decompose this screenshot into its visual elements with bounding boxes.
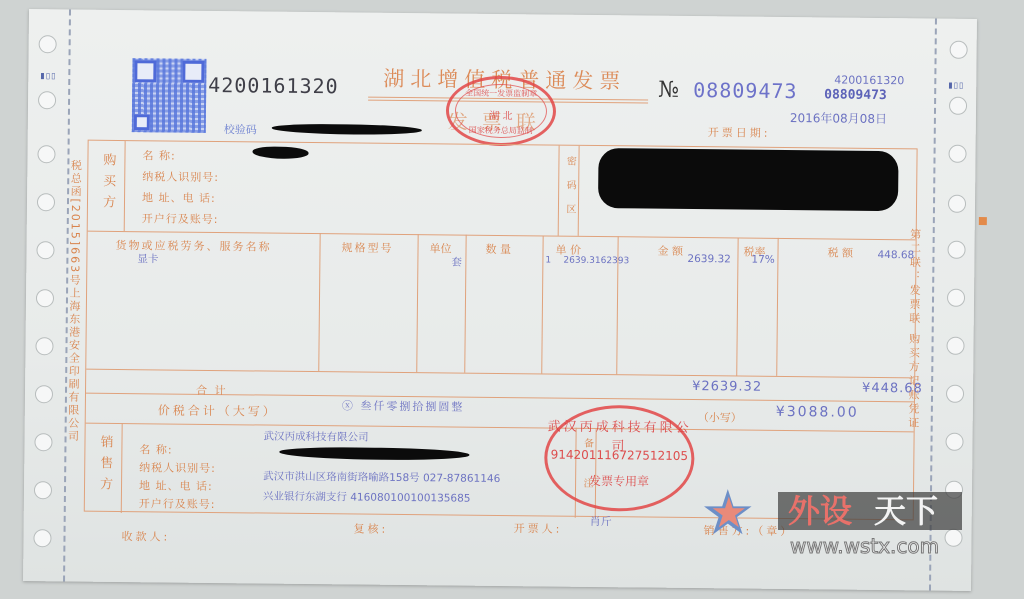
seller-name: 武汉丙成科技有限公司 <box>263 429 368 445</box>
number-sign: № <box>658 78 679 103</box>
eagle-logo-icon: ★ <box>710 492 748 534</box>
header-amount: 金 额 <box>657 243 683 259</box>
invoice-number: 08809473 <box>693 78 798 103</box>
punch-hole <box>36 241 54 259</box>
item-name: 显卡 <box>137 251 158 266</box>
punch-hole <box>37 145 55 163</box>
payee-label: 收款人: <box>121 528 170 545</box>
punch-hole <box>35 337 53 355</box>
item-amount: 2639.32 <box>687 253 731 265</box>
check-code-label: 校验码 <box>224 121 257 137</box>
invoice-code: 4200161320 <box>208 73 339 98</box>
seller-bank: 兴业银行东湖支行 416080100100135685 <box>263 489 471 506</box>
item-unit: 套 <box>451 254 462 269</box>
watermark-url: www.wstx.com <box>790 534 939 558</box>
seller-address: 武汉市洪山区珞南街珞喻路158号 027-87861146 <box>263 469 500 486</box>
seller-address-label: 地 址、电 话: <box>139 477 213 494</box>
punch-hole <box>38 91 56 109</box>
invoice-table: 购买方 名 称: 纳税人识别号: 地 址、电 话: 开户行及账号: 密码区 货物… <box>84 140 918 521</box>
punch-hole <box>946 337 964 355</box>
seller-bank-label: 开户行及账号: <box>139 495 216 512</box>
buyer-bank-label: 开户行及账号: <box>142 210 219 227</box>
total-amount: ¥2639.32 <box>692 379 762 395</box>
punch-hole <box>946 385 964 403</box>
punch-hole <box>947 241 965 259</box>
item-qty: 1 <box>545 255 551 265</box>
buyer-address-label: 地 址、电 话: <box>142 189 216 206</box>
header-qty: 数 量 <box>485 241 511 257</box>
seller-taxid-label: 纳税人识别号: <box>139 459 216 476</box>
punch-hole <box>945 433 963 451</box>
grand-total-upper-label: 价税合计（大写） <box>158 401 278 419</box>
punch-hole <box>944 529 962 547</box>
watermark-brand: 外设 天下 <box>778 492 962 530</box>
punch-hole <box>34 481 52 499</box>
buyer-taxid-label: 纳税人识别号: <box>142 168 219 185</box>
grand-total-lower-label: （小写） <box>698 409 742 425</box>
date-value: 2016年08月08日 <box>790 109 887 127</box>
strip-marks: ▮▯▯ <box>948 81 964 90</box>
qr-code <box>132 58 207 133</box>
punch-hole <box>948 145 966 163</box>
item-tax: 448.68 <box>877 249 914 261</box>
buyer-name-label: 名 称: <box>142 147 175 163</box>
cipher-area-label: 密码区 <box>562 156 578 228</box>
punch-hole <box>947 289 965 307</box>
punch-hole <box>33 529 51 547</box>
punch-hole <box>39 35 57 53</box>
date-label: 开票日期: <box>708 124 771 141</box>
punch-hole <box>949 97 967 115</box>
drawer-name: 肖斤 <box>590 513 612 529</box>
redaction-check-code <box>272 124 422 136</box>
left-tractor-strip: ▮▯▯ <box>23 9 71 581</box>
punch-hole <box>950 41 968 59</box>
printer-info: 税总函[2015]663号上海东港安全印刷有限公司 <box>64 159 83 443</box>
invoice-code-printed: 4200161320 <box>834 73 904 87</box>
punch-hole <box>37 193 55 211</box>
registration-mark <box>979 217 987 225</box>
item-price: 2639.3162393 <box>563 256 629 267</box>
grand-total-lower-value: ¥3088.00 <box>776 404 859 421</box>
seller-name-label: 名 称: <box>139 441 172 457</box>
header-tax: 税 额 <box>827 244 853 260</box>
redaction-seller-taxid <box>279 447 469 461</box>
drawer-label: 开票人: <box>514 520 563 537</box>
total-label: 合 计 <box>196 382 228 398</box>
header-spec: 规格型号 <box>341 239 393 256</box>
header-unit: 单位 <box>429 240 451 256</box>
reviewer-label: 复核: <box>354 520 389 536</box>
grand-total-upper-value: ⓧ 叁仟零捌拾捌圆整 <box>342 397 465 414</box>
buyer-section-label: 购买方 <box>98 153 118 216</box>
punch-hole <box>35 385 53 403</box>
supervision-seal: 全国统一发票监制章 湖 北 国家税务总局监制 <box>446 75 557 146</box>
item-rate: 17% <box>751 254 774 266</box>
invoice-number-printed: 08809473 <box>824 87 887 103</box>
seller-section-label: 销售方 <box>95 435 115 498</box>
invoice-seal: 武汉丙成科技有限公司 914201116727512105 发票专用章 <box>544 404 695 512</box>
punch-hole <box>36 289 54 307</box>
redaction-cipher <box>598 148 899 211</box>
punch-hole <box>948 195 966 213</box>
total-tax: ¥448.68 <box>862 381 923 397</box>
punch-hole <box>34 433 52 451</box>
strip-marks: ▮▯▯ <box>40 71 56 80</box>
redaction-buyer-name <box>252 146 308 159</box>
